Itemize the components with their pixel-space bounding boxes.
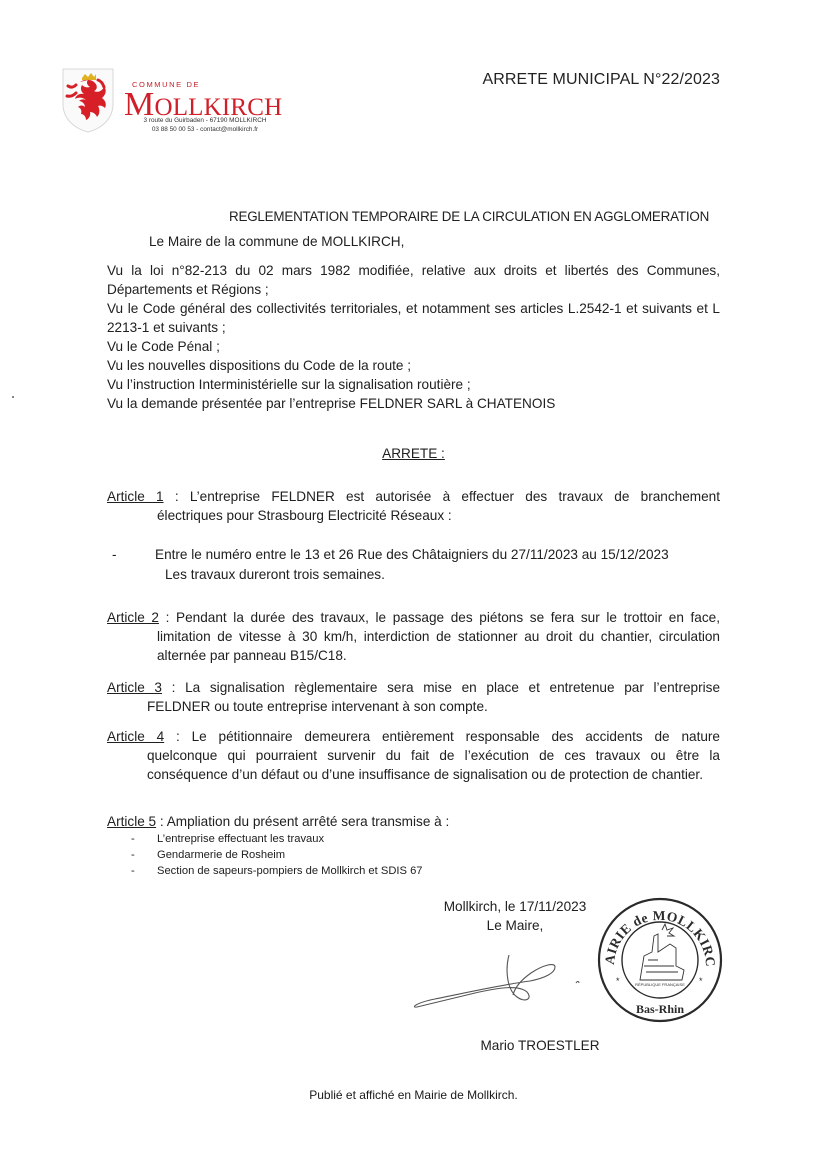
bullet-dash: - [131,831,135,847]
article-text: : Ampliation du présent arrêté sera tran… [156,814,449,829]
article-2-first-line: Article 2 : Pendant la durée des travaux… [107,608,720,627]
mayor-intro: Le Maire de la commune de MOLLKIRCH, [149,232,404,251]
recipient-item: -L’entreprise effectuant les travaux [107,831,720,847]
document-page: COMMUNE DE MOLLKIRCH 3 route du Guirbade… [0,0,827,1169]
article-text-continued: FELDNER ou toute entreprise intervenant … [107,697,720,716]
arrete-heading-text: ARRETE : [382,446,445,461]
svg-text:*: * [699,976,703,986]
consideration-item: Vu les nouvelles dispositions du Code de… [107,356,720,375]
article-3-first-line: Article 3 : La signalisation règlementai… [107,678,720,697]
logo-address: 3 route du Guirbaden - 67190 MOLLKIRCH 0… [140,116,270,134]
bullet-dash: - [112,545,117,564]
consideration-item: Vu l’instruction Interministérielle sur … [107,375,720,394]
svg-text:*: * [616,976,620,986]
article-5-first-line: Article 5 : Ampliation du présent arrêté… [107,812,720,831]
lion-shield-icon [60,66,116,134]
article-1: Article 1 : L’entreprise FELDNER est aut… [107,487,720,525]
logo-contact-line: 03 88 50 00 53 - contact@mollkirch.fr [140,125,270,134]
article-text: : Le pétitionnaire demeurera entièrement… [164,729,720,744]
arrete-heading: ARRETE : [0,444,827,463]
article-text: : Pendant la durée des travaux, le passa… [159,610,720,625]
article-text: : La signalisation règlementaire sera mi… [162,680,720,695]
article-2: Article 2 : Pendant la durée des travaux… [107,608,720,665]
consideration-item: Vu la demande présentée par l’entreprise… [107,394,720,413]
logo-address-line: 3 route du Guirbaden - 67190 MOLLKIRCH [140,116,270,125]
article-label: Article 2 [107,610,159,625]
commune-logo: COMMUNE DE MOLLKIRCH 3 route du Guirbade… [60,66,290,146]
document-subject: REGLEMENTATION TEMPORAIRE DE LA CIRCULAT… [229,207,709,226]
svg-text:RÉPUBLIQUE FRANÇAISE: RÉPUBLIQUE FRANÇAISE [635,982,685,987]
article-text: : L’entreprise FELDNER est autorisée à e… [164,489,720,504]
article-label: Article 4 [107,729,164,744]
considerations-list: Vu la loi n°82-213 du 02 mars 1982 modif… [107,261,720,413]
article-text-continued: quelconque qui pourraient survenir du fa… [107,746,720,784]
publication-note: Publié et affiché en Mairie de Mollkirch… [0,1088,827,1102]
article-label: Article 5 [107,814,156,829]
arrete-reference: ARRETE MUNICIPAL N°22/2023 [482,71,720,89]
article-label: Article 1 [107,489,164,504]
consideration-item: Vu le Code général des collectivités ter… [107,299,720,337]
work-location-dates: Entre le numéro entre le 13 et 26 Rue de… [155,545,669,564]
recipient-text: Gendarmerie de Rosheim [157,849,285,861]
consideration-item: Vu la loi n°82-213 du 02 mars 1982 modif… [107,261,720,299]
recipients-list: -L’entreprise effectuant les travaux -Ge… [107,831,720,879]
article-3: Article 3 : La signalisation règlementai… [107,678,720,716]
article-4: Article 4 : Le pétitionnaire demeurera e… [107,727,720,784]
svg-text:Bas-Rhin: Bas-Rhin [636,1002,684,1016]
article-1-first-line: Article 1 : L’entreprise FELDNER est aut… [107,487,720,506]
recipient-item: -Section de sapeurs-pompiers de Mollkirc… [107,863,720,879]
work-duration: Les travaux dureront trois semaines. [165,565,385,584]
mairie-stamp-icon: MAIRIE de MOLLKIRCH Bas-Rhin * * RÉPUBLI… [596,896,724,1024]
bullet-dash: - [131,847,135,863]
bullet-dash: - [131,863,135,879]
signature-block: Mollkirch, le 17/11/2023 Le Maire, [420,897,610,935]
recipient-item: -Gendarmerie de Rosheim [107,847,720,863]
signatory-name: Mario TROESTLER [450,1036,630,1055]
svg-text:MAIRIE de MOLLKIRCH: MAIRIE de MOLLKIRCH [596,896,718,967]
recipient-text: Section de sapeurs-pompiers de Mollkirch… [157,865,423,877]
handwritten-signature-icon [405,945,605,1015]
scan-artifact [12,396,14,398]
signature-place-date: Mollkirch, le 17/11/2023 [420,897,610,916]
article-5: Article 5 : Ampliation du présent arrêté… [107,812,720,879]
signature-role: Le Maire, [420,916,610,935]
consideration-item: Vu le Code Pénal ; [107,337,720,356]
article-4-first-line: Article 4 : Le pétitionnaire demeurera e… [107,727,720,746]
article-text-continued: électriques pour Strasbourg Electricité … [107,506,720,525]
recipient-text: L’entreprise effectuant les travaux [157,833,324,845]
article-text-continued: limitation de vitesse à 30 km/h, interdi… [107,627,720,665]
article-label: Article 3 [107,680,162,695]
